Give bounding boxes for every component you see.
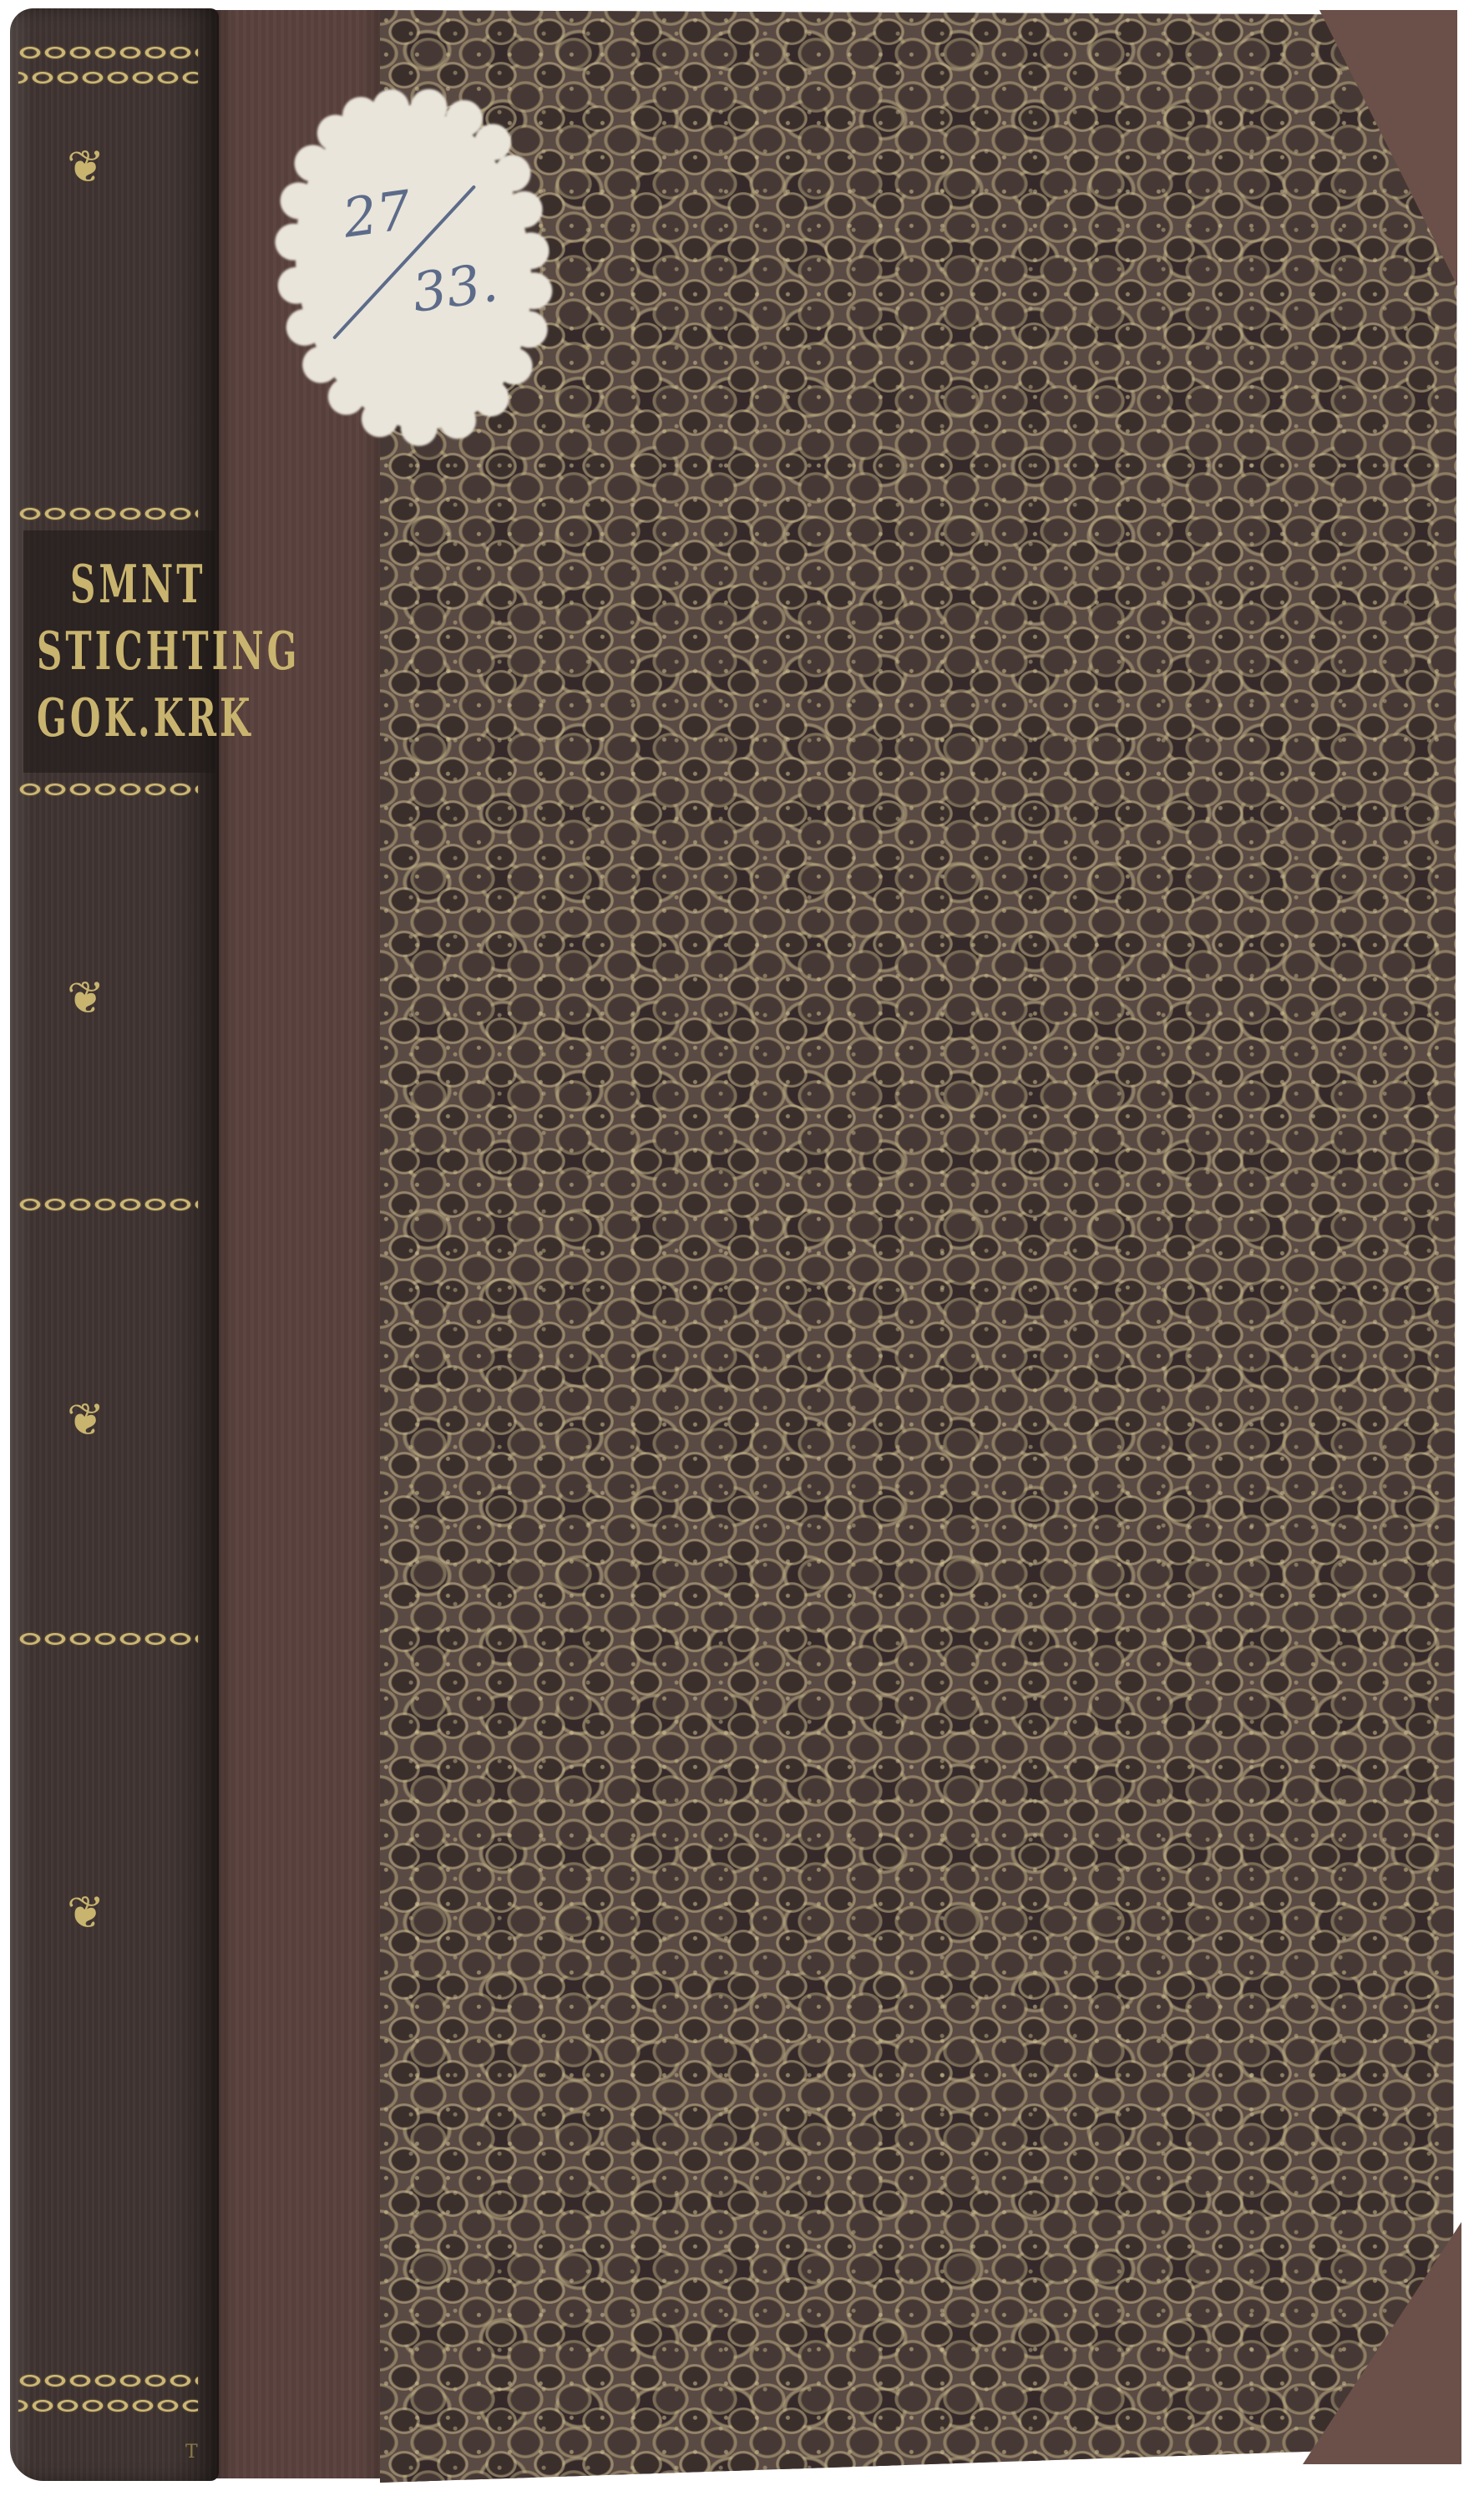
- book-photo: ❦ SMNT STICHTING GOK.KRK ❦ ❦ ❦ T: [0, 0, 1484, 2506]
- book-spine: ❦ SMNT STICHTING GOK.KRK ❦ ❦ ❦ T: [10, 8, 219, 2481]
- label-number-top: 27: [339, 180, 415, 251]
- gilt-band: [18, 1625, 198, 1653]
- fleuron-icon: ❦: [67, 965, 104, 1032]
- fleuron-icon: ❦: [67, 1879, 104, 1946]
- spine-title-panel: SMNT STICHTING GOK.KRK: [23, 530, 215, 773]
- spine-tail-mark: T: [185, 2442, 198, 2463]
- gilt-band: [18, 775, 198, 804]
- shelf-label: 27 33.: [251, 66, 575, 469]
- fleuron-icon: ❦: [67, 1387, 104, 1453]
- gilt-band: [18, 500, 198, 528]
- spine-title-line-3: GOK.KRK: [37, 668, 254, 769]
- gilt-band-head: [18, 40, 198, 90]
- gilt-band-tail: [18, 2368, 198, 2418]
- fleuron-icon: ❦: [67, 134, 104, 200]
- gilt-band: [18, 1190, 198, 1219]
- label-number-bottom: 33.: [408, 252, 501, 325]
